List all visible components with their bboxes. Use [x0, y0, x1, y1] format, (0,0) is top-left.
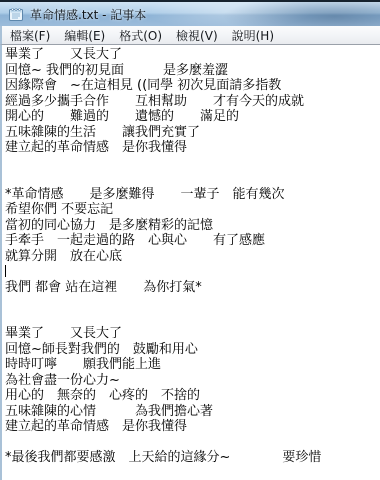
window-title: 革命情感.txt - 記事本 [30, 6, 146, 23]
text-line: *革命情感 是多麼難得 一輩子 能有幾次 [5, 187, 380, 203]
text-line: 建立起的革命情感 是你我懂得 [5, 419, 380, 435]
titlebar[interactable]: 革命情感.txt - 記事本 [0, 0, 380, 26]
menu-help[interactable]: 說明(H) [225, 26, 281, 45]
text-area[interactable]: 畢業了 又長大了 回憶~ 我們的初見面 是多麼羞澀 因緣際會 ~在這相見 ((同… [0, 45, 380, 480]
text-line: 手牽手 一起走過的路 心與心 有了感應 [5, 233, 380, 249]
text-line: 畢業了 又長大了 [5, 47, 380, 63]
text-line: 回憶~ 我們的初見面 是多麼羞澀 [5, 63, 380, 79]
text-line: 因緣際會 ~在這相見 ((同學 初次見面請多指教 [5, 78, 380, 94]
text-line [5, 171, 380, 187]
text-line [5, 156, 380, 172]
text-line [5, 295, 380, 311]
text-line: *最後我們都要感激 上天給的這緣分~ 要珍惜 [5, 450, 380, 466]
menu-view[interactable]: 檢視(V) [169, 26, 225, 45]
text-caret [5, 265, 6, 277]
menu-file[interactable]: 檔案(F) [3, 26, 57, 45]
text-line: 當初的同心協力 是多麼精彩的記憶 [5, 218, 380, 234]
text-line: 畢業了 又長大了 [5, 326, 380, 342]
text-line: 經過多少攜手合作 互相幫助 才有今天的成就 [5, 94, 380, 110]
text-line: 建立起的革命情感 是你我懂得 [5, 140, 380, 156]
text-line [5, 264, 380, 280]
menubar: 檔案(F) 編輯(E) 格式(O) 檢視(V) 說明(H) [0, 26, 380, 45]
menu-format[interactable]: 格式(O) [112, 26, 169, 45]
text-line: 時時叮嚀 願我們能上進 [5, 357, 380, 373]
text-line: 五味雜陳的生活 讓我們充實了 [5, 125, 380, 141]
text-line [5, 435, 380, 451]
text-line: 希望你們 不要忘記 [5, 202, 380, 218]
text-line: 就算分開 放在心底 [5, 249, 380, 265]
menu-edit[interactable]: 編輯(E) [57, 26, 112, 45]
text-line: 為社會盡一份心力~ [5, 373, 380, 389]
text-line: 五味雜陳的心情 為我們擔心著 [5, 404, 380, 420]
text-line: 我們 都會 站在這裡 為你打氣* [5, 280, 380, 296]
text-line [5, 311, 380, 327]
text-line: 用心的 無奈的 心疼的 不捨的 [5, 388, 380, 404]
notepad-icon[interactable] [8, 6, 24, 22]
notepad-window: 革命情感.txt - 記事本 檔案(F) 編輯(E) 格式(O) 檢視(V) 說… [0, 0, 380, 480]
text-line: 開心的 難過的 遺憾的 滿足的 [5, 109, 380, 125]
text-line: 回憶~師長對我們的 鼓勵和用心 [5, 342, 380, 358]
